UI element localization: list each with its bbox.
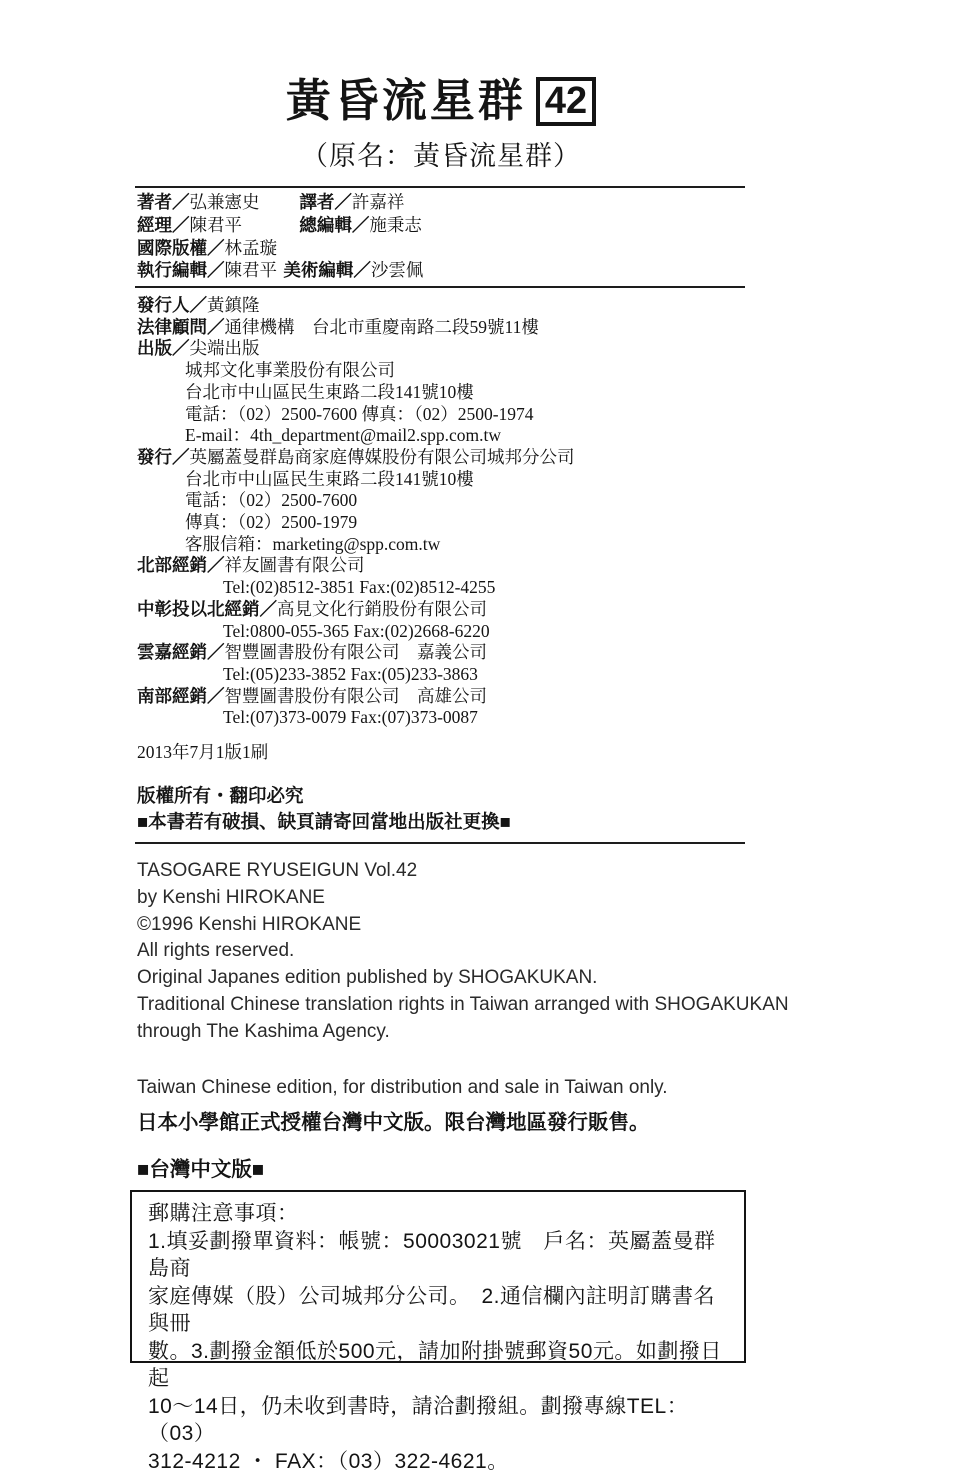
taiwan-statement-english: Taiwan Chinese edition, for distribution… <box>137 1077 668 1099</box>
divider-credits <box>135 286 745 288</box>
distributor-phone: Tel:(07)373-0079 Fax:(07)373-0087 <box>137 707 777 729</box>
publishing-line: 電話：（02）2500-7600 傳真：（02）2500-1974 <box>137 404 777 426</box>
taiwan-edition-tag: ■台灣中文版■ <box>137 1152 264 1182</box>
staff-role: 美術編輯／ <box>283 260 371 280</box>
publishing-info: 發行人／黃鎮隆 法律顧問／通律機構 台北市重慶南路二段59號11樓 出版／尖端出… <box>137 295 777 729</box>
staff-name: 沙雲佩 <box>371 260 424 280</box>
staff-role: 執行編輯／ <box>137 260 225 280</box>
mail-order-line: 1.填妥劃撥單資料：帳號：50003021號 戶名：英屬蓋曼群島商 <box>148 1228 728 1283</box>
publishing-line: 發行人／黃鎮隆 <box>137 295 777 317</box>
taiwan-statement-chinese: 日本小學館正式授權台灣中文版。限台灣地區發行販售。 <box>137 1105 668 1135</box>
english-title: TASOGARE RYUSEIGUN Vol.42 <box>137 858 789 885</box>
book-title: 黃昏流星群42 <box>135 76 747 126</box>
distributor-line: 南部經銷／智豐圖書股份有限公司 高雄公司 <box>137 686 777 708</box>
staff-name: 施秉志 <box>369 215 422 235</box>
staff-row: 經理／陳君平 總編輯／施秉志 <box>137 214 749 237</box>
publishing-line: 發行／英屬蓋曼群島商家庭傳媒股份有限公司城邦分公司 <box>137 447 777 469</box>
mail-order-notice-box: 郵購注意事項： 1.填妥劃撥單資料：帳號：50003021號 戶名：英屬蓋曼群島… <box>130 1190 746 1363</box>
distributor-phone: Tel:(02)8512-3851 Fax:(02)8512-4255 <box>137 577 777 599</box>
staff-name: 許嘉祥 <box>352 192 405 212</box>
staff-row: 著者／弘兼憲史 譯者／許嘉祥 <box>137 191 749 214</box>
staff-role: 總編輯／ <box>299 215 369 235</box>
mail-order-heading: 郵購注意事項： <box>148 1200 728 1228</box>
volume-badge: 42 <box>536 77 596 126</box>
printing-date: 2013年7月1版1刷 <box>137 739 268 764</box>
copyright-notice: 版權所有・翻印必究 ■本書若有破損、缺頁請寄回當地出版社更換■ <box>137 783 511 835</box>
staff-name: 陳君平 <box>225 260 278 280</box>
staff-role: 著者／ <box>137 192 190 212</box>
publishing-line: 台北市中山區民生東路二段141號10樓 <box>137 382 777 404</box>
distributor-phone: Tel:(05)233-3852 Fax:(05)233-3863 <box>137 664 777 686</box>
divider-top <box>135 186 745 188</box>
english-translation-rights: Traditional Chinese translation rights i… <box>137 992 789 1019</box>
english-agency: through The Kashima Agency. <box>137 1019 789 1046</box>
distributor-phone: Tel:0800-055-365 Fax:(02)2668-6220 <box>137 621 777 643</box>
staff-name: 弘兼憲史 <box>190 192 260 212</box>
publishing-line: 出版／尖端出版 <box>137 338 777 360</box>
publishing-line: 法律顧問／通律機構 台北市重慶南路二段59號11樓 <box>137 317 777 339</box>
copyright-line: 版權所有・翻印必究 <box>137 783 511 809</box>
publishing-line: 台北市中山區民生東路二段141號10樓 <box>137 469 777 491</box>
english-colophon: TASOGARE RYUSEIGUN Vol.42 by Kenshi HIRO… <box>137 858 789 1046</box>
header: 黃昏流星群42 （原名：黃昏流星群） <box>135 76 747 173</box>
taiwan-edition-statement: Taiwan Chinese edition, for distribution… <box>137 1077 668 1135</box>
staff-name: 陳君平 <box>190 215 243 235</box>
staff-role: 國際版權／ <box>137 238 225 258</box>
staff-role: 經理／ <box>137 215 190 235</box>
english-publisher: Original Japanes edition published by SH… <box>137 965 789 992</box>
staff-credits: 著者／弘兼憲史 譯者／許嘉祥 經理／陳君平 總編輯／施秉志 國際版權／林孟璇 執… <box>137 191 749 282</box>
book-subtitle: （原名：黃昏流星群） <box>135 134 747 173</box>
publishing-line: 電話：（02）2500-7600 <box>137 490 777 512</box>
english-author: by Kenshi HIROKANE <box>137 885 789 912</box>
english-rights: All rights reserved. <box>137 938 789 965</box>
mail-order-line: 10～14日，仍未收到書時，請洽劃撥組。劃撥專線TEL：（03） <box>148 1393 728 1448</box>
staff-row: 執行編輯／陳君平 美術編輯／沙雲佩 <box>137 259 749 282</box>
distributor-line: 北部經銷／祥友圖書有限公司 <box>137 555 777 577</box>
mail-order-line: 312-4212 ・ FAX：（03）322-4621。 <box>148 1448 728 1470</box>
divider-copyright <box>135 842 745 844</box>
publishing-line: 城邦文化事業股份有限公司 <box>137 360 777 382</box>
publishing-email: E-mail：4th_department@mail2.spp.com.tw <box>137 425 777 447</box>
english-copyright: ©1996 Kenshi HIROKANE <box>137 912 789 939</box>
mail-order-line: 數。3.劃撥金額低於500元，請加附掛號郵資50元。如劃撥日起 <box>148 1338 728 1393</box>
publishing-email: 客服信箱：marketing@spp.com.tw <box>137 534 777 556</box>
book-title-text: 黃昏流星群 <box>286 75 526 126</box>
staff-role: 譯者／ <box>299 192 352 212</box>
publishing-line: 傳真：（02）2500-1979 <box>137 512 777 534</box>
colophon-page: 黃昏流星群42 （原名：黃昏流星群） 著者／弘兼憲史 譯者／許嘉祥 經理／陳君平… <box>0 0 980 1470</box>
distributor-line: 雲嘉經銷／智豐圖書股份有限公司 嘉義公司 <box>137 642 777 664</box>
distributor-line: 中彰投以北經銷／高見文化行銷股份有限公司 <box>137 599 777 621</box>
staff-name: 林孟璇 <box>225 238 278 258</box>
mail-order-line: 家庭傳媒（股）公司城邦分公司。 2.通信欄內註明訂購書名與冊 <box>148 1283 728 1338</box>
damaged-copy-notice: ■本書若有破損、缺頁請寄回當地出版社更換■ <box>137 809 511 835</box>
staff-row: 國際版權／林孟璇 <box>137 237 749 260</box>
